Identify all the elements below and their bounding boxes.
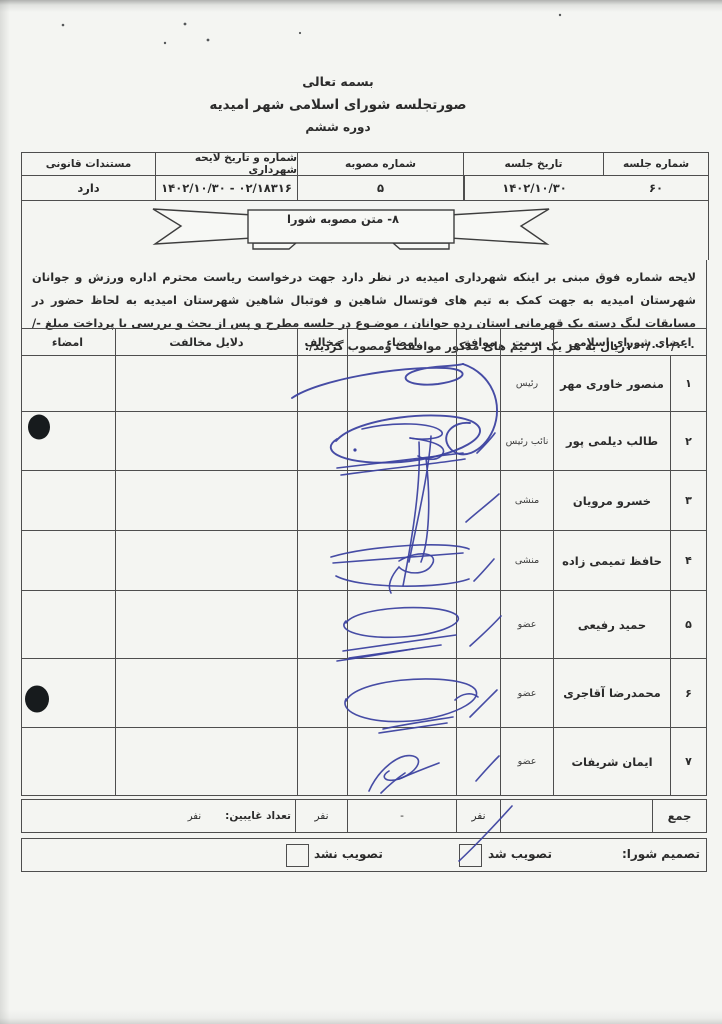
member-row: ۳ خسرو مرویان منشی: [22, 470, 706, 530]
legal-doc-header: مستندات قانونی: [22, 153, 156, 175]
ribbon-right-fold: [393, 243, 449, 249]
resolution-banner-section: ۸- متن مصوبه شورا: [21, 198, 709, 260]
signature2-cell: [20, 659, 116, 727]
resolution-number-header: شماره مصوبه: [298, 153, 464, 175]
position-column-header: سمت: [501, 329, 554, 355]
member-name: ایمان شریفات: [554, 728, 671, 795]
absent-unit: نفر: [188, 811, 201, 822]
signature-cell: [348, 531, 457, 590]
member-row: ۱ منصور خاوری مهر رئیس: [22, 355, 706, 411]
session-date-value: ۱۴۰۲/۱۰/۳۰: [464, 176, 604, 200]
info-header-row: شماره جلسه تاریخ جلسه شماره مصوبه شماره …: [22, 153, 708, 175]
scan-speck: [164, 42, 166, 44]
agree-cell: [457, 531, 501, 590]
session-number-header: شماره جلسه: [604, 153, 708, 175]
approved-checkbox: [459, 844, 482, 867]
member-row: ۲ طالب دیلمی پور نائب رئیس: [22, 411, 706, 470]
info-values-row: ۶۰ ۱۴۰۲/۱۰/۳۰ ۵ ۰۲/۱۸۳۱۶ - ۱۴۰۲/۱۰/۳۰ دا…: [22, 175, 708, 200]
bill-number-value: ۰۲/۱۸۳۱۶ - ۱۴۰۲/۱۰/۳۰: [156, 176, 298, 200]
member-position: عضو: [501, 659, 554, 727]
totals-row: جمع نفر - نفر تعداد غایبین: نفر: [21, 799, 707, 833]
member-position: منشی: [501, 531, 554, 590]
signature2-cell: [20, 591, 116, 658]
agree-cell: [457, 591, 501, 658]
oppose-column-header: مخالف: [298, 329, 348, 355]
agree-cell: [457, 471, 501, 530]
row-number: ۶: [671, 659, 706, 727]
oppose-cell: [298, 591, 348, 658]
agree-cell: [457, 356, 501, 411]
signature-cell: [348, 412, 457, 470]
scan-speck: [299, 32, 301, 34]
not-approved-label: تصویب نشد: [314, 847, 383, 861]
signature-cell: [348, 728, 457, 795]
agree-cell: [457, 728, 501, 795]
oppose-cell: [298, 728, 348, 795]
totals-label: جمع: [653, 800, 706, 832]
session-info-table: شماره جلسه تاریخ جلسه شماره مصوبه شماره …: [21, 152, 709, 201]
agree-cell: [457, 659, 501, 727]
member-position: عضو: [501, 591, 554, 658]
bill-number-header: شماره و تاریخ لایحه شهرداری: [156, 153, 298, 175]
session-number-value: ۶۰: [604, 176, 708, 200]
members-column-header: اعضای شورای اسلامی: [554, 329, 706, 355]
scan-speck: [559, 14, 561, 16]
row-number: ۲: [671, 412, 706, 470]
signature2-cell: [20, 531, 116, 590]
totals-blank-cell: [501, 800, 653, 832]
member-position: نائب رئیس: [501, 412, 554, 470]
signature-cell: [348, 471, 457, 530]
oppose-reasons-cell: [116, 728, 298, 795]
not-approved-checkbox: [286, 844, 309, 867]
decision-label: تصمیم شورا:: [622, 847, 700, 861]
totals-agree-count: نفر: [457, 800, 501, 832]
member-position: عضو: [501, 728, 554, 795]
member-name: منصور خاوری مهر: [554, 356, 671, 411]
member-name: حمید رفیعی: [554, 591, 671, 658]
totals-absent-cell: تعداد غایبین: نفر: [20, 800, 296, 832]
bismillah-text: بسمه تعالی: [0, 74, 676, 89]
ribbon-left-fold: [253, 243, 296, 249]
agree-cell: [457, 412, 501, 470]
signature-cell: [348, 659, 457, 727]
session-date-header: تاریخ جلسه: [464, 153, 604, 175]
oppose-reasons-cell: [116, 471, 298, 530]
oppose-reasons-cell: [116, 412, 298, 470]
ribbon-banner-graphic: [141, 202, 561, 254]
signature2-cell: [20, 471, 116, 530]
member-row: ۴ حافظ تمیمی زاده منشی: [22, 530, 706, 590]
oppose-reasons-cell: [116, 531, 298, 590]
member-row: ۶ محمدرضا آقاجری عضو: [22, 658, 706, 727]
absent-label: تعداد غایبین:: [225, 810, 291, 822]
oppose-cell: [298, 356, 348, 411]
council-decision-strip: تصمیم شورا: تصویب شد تصویب نشد: [21, 838, 707, 872]
totals-oppose-count: نفر: [296, 800, 348, 832]
ribbon-right-tail: [449, 209, 549, 244]
member-name: محمدرضا آقاجری: [554, 659, 671, 727]
term-label: دوره ششم: [0, 120, 676, 134]
member-row: ۵ حمید رفیعی عضو: [22, 590, 706, 658]
scan-speck: [207, 39, 210, 42]
resolution-number-value: ۵: [298, 176, 464, 200]
oppose-cell: [298, 412, 348, 470]
agree-column-header: موافق: [457, 329, 501, 355]
row-number: ۷: [671, 728, 706, 795]
document-title: صورتجلسه شورای اسلامی شهر امیدیه: [0, 97, 676, 113]
row-number: ۵: [671, 591, 706, 658]
member-name: طالب دیلمی پور: [554, 412, 671, 470]
ribbon-left-tail: [153, 209, 253, 244]
member-position: رئیس: [501, 356, 554, 411]
member-name: حافظ تمیمی زاده: [554, 531, 671, 590]
oppose-cell: [298, 531, 348, 590]
resolution-banner-label: ۸- متن مصوبه شورا: [248, 212, 438, 226]
signature2-column-header: امضاء: [20, 329, 116, 355]
oppose-reasons-cell: [116, 356, 298, 411]
signature2-cell: [20, 356, 116, 411]
oppose-reasons-cell: [116, 591, 298, 658]
oppose-reasons-column-header: دلایل مخالفت: [116, 329, 298, 355]
oppose-cell: [298, 659, 348, 727]
row-number: ۴: [671, 531, 706, 590]
legal-doc-value: دارد: [22, 176, 156, 200]
resolution-text-section: لایحه شماره فوق مبنی بر اینکه شهرداری ام…: [21, 260, 707, 328]
totals-signature-dash: -: [348, 800, 457, 832]
signature2-cell: [20, 728, 116, 795]
signature-cell: [348, 591, 457, 658]
oppose-reasons-cell: [116, 659, 298, 727]
member-name: خسرو مرویان: [554, 471, 671, 530]
row-number: ۳: [671, 471, 706, 530]
signature-column-header: امضاء: [348, 329, 457, 355]
document-heading: بسمه تعالی صورتجلسه شورای اسلامی شهر امی…: [0, 74, 676, 134]
member-position: منشی: [501, 471, 554, 530]
members-header-row: اعضای شورای اسلامی سمت موافق امضاء مخالف…: [22, 329, 706, 355]
signature2-cell: [20, 412, 116, 470]
row-number: ۱: [671, 356, 706, 411]
members-table: اعضای شورای اسلامی سمت موافق امضاء مخالف…: [21, 328, 707, 796]
approved-label: تصویب شد: [488, 847, 552, 861]
scan-speck: [184, 23, 187, 26]
member-row: ۷ ایمان شریفات عضو: [22, 727, 706, 795]
signature-cell: [348, 356, 457, 411]
scan-speck: [62, 24, 65, 27]
oppose-cell: [298, 471, 348, 530]
